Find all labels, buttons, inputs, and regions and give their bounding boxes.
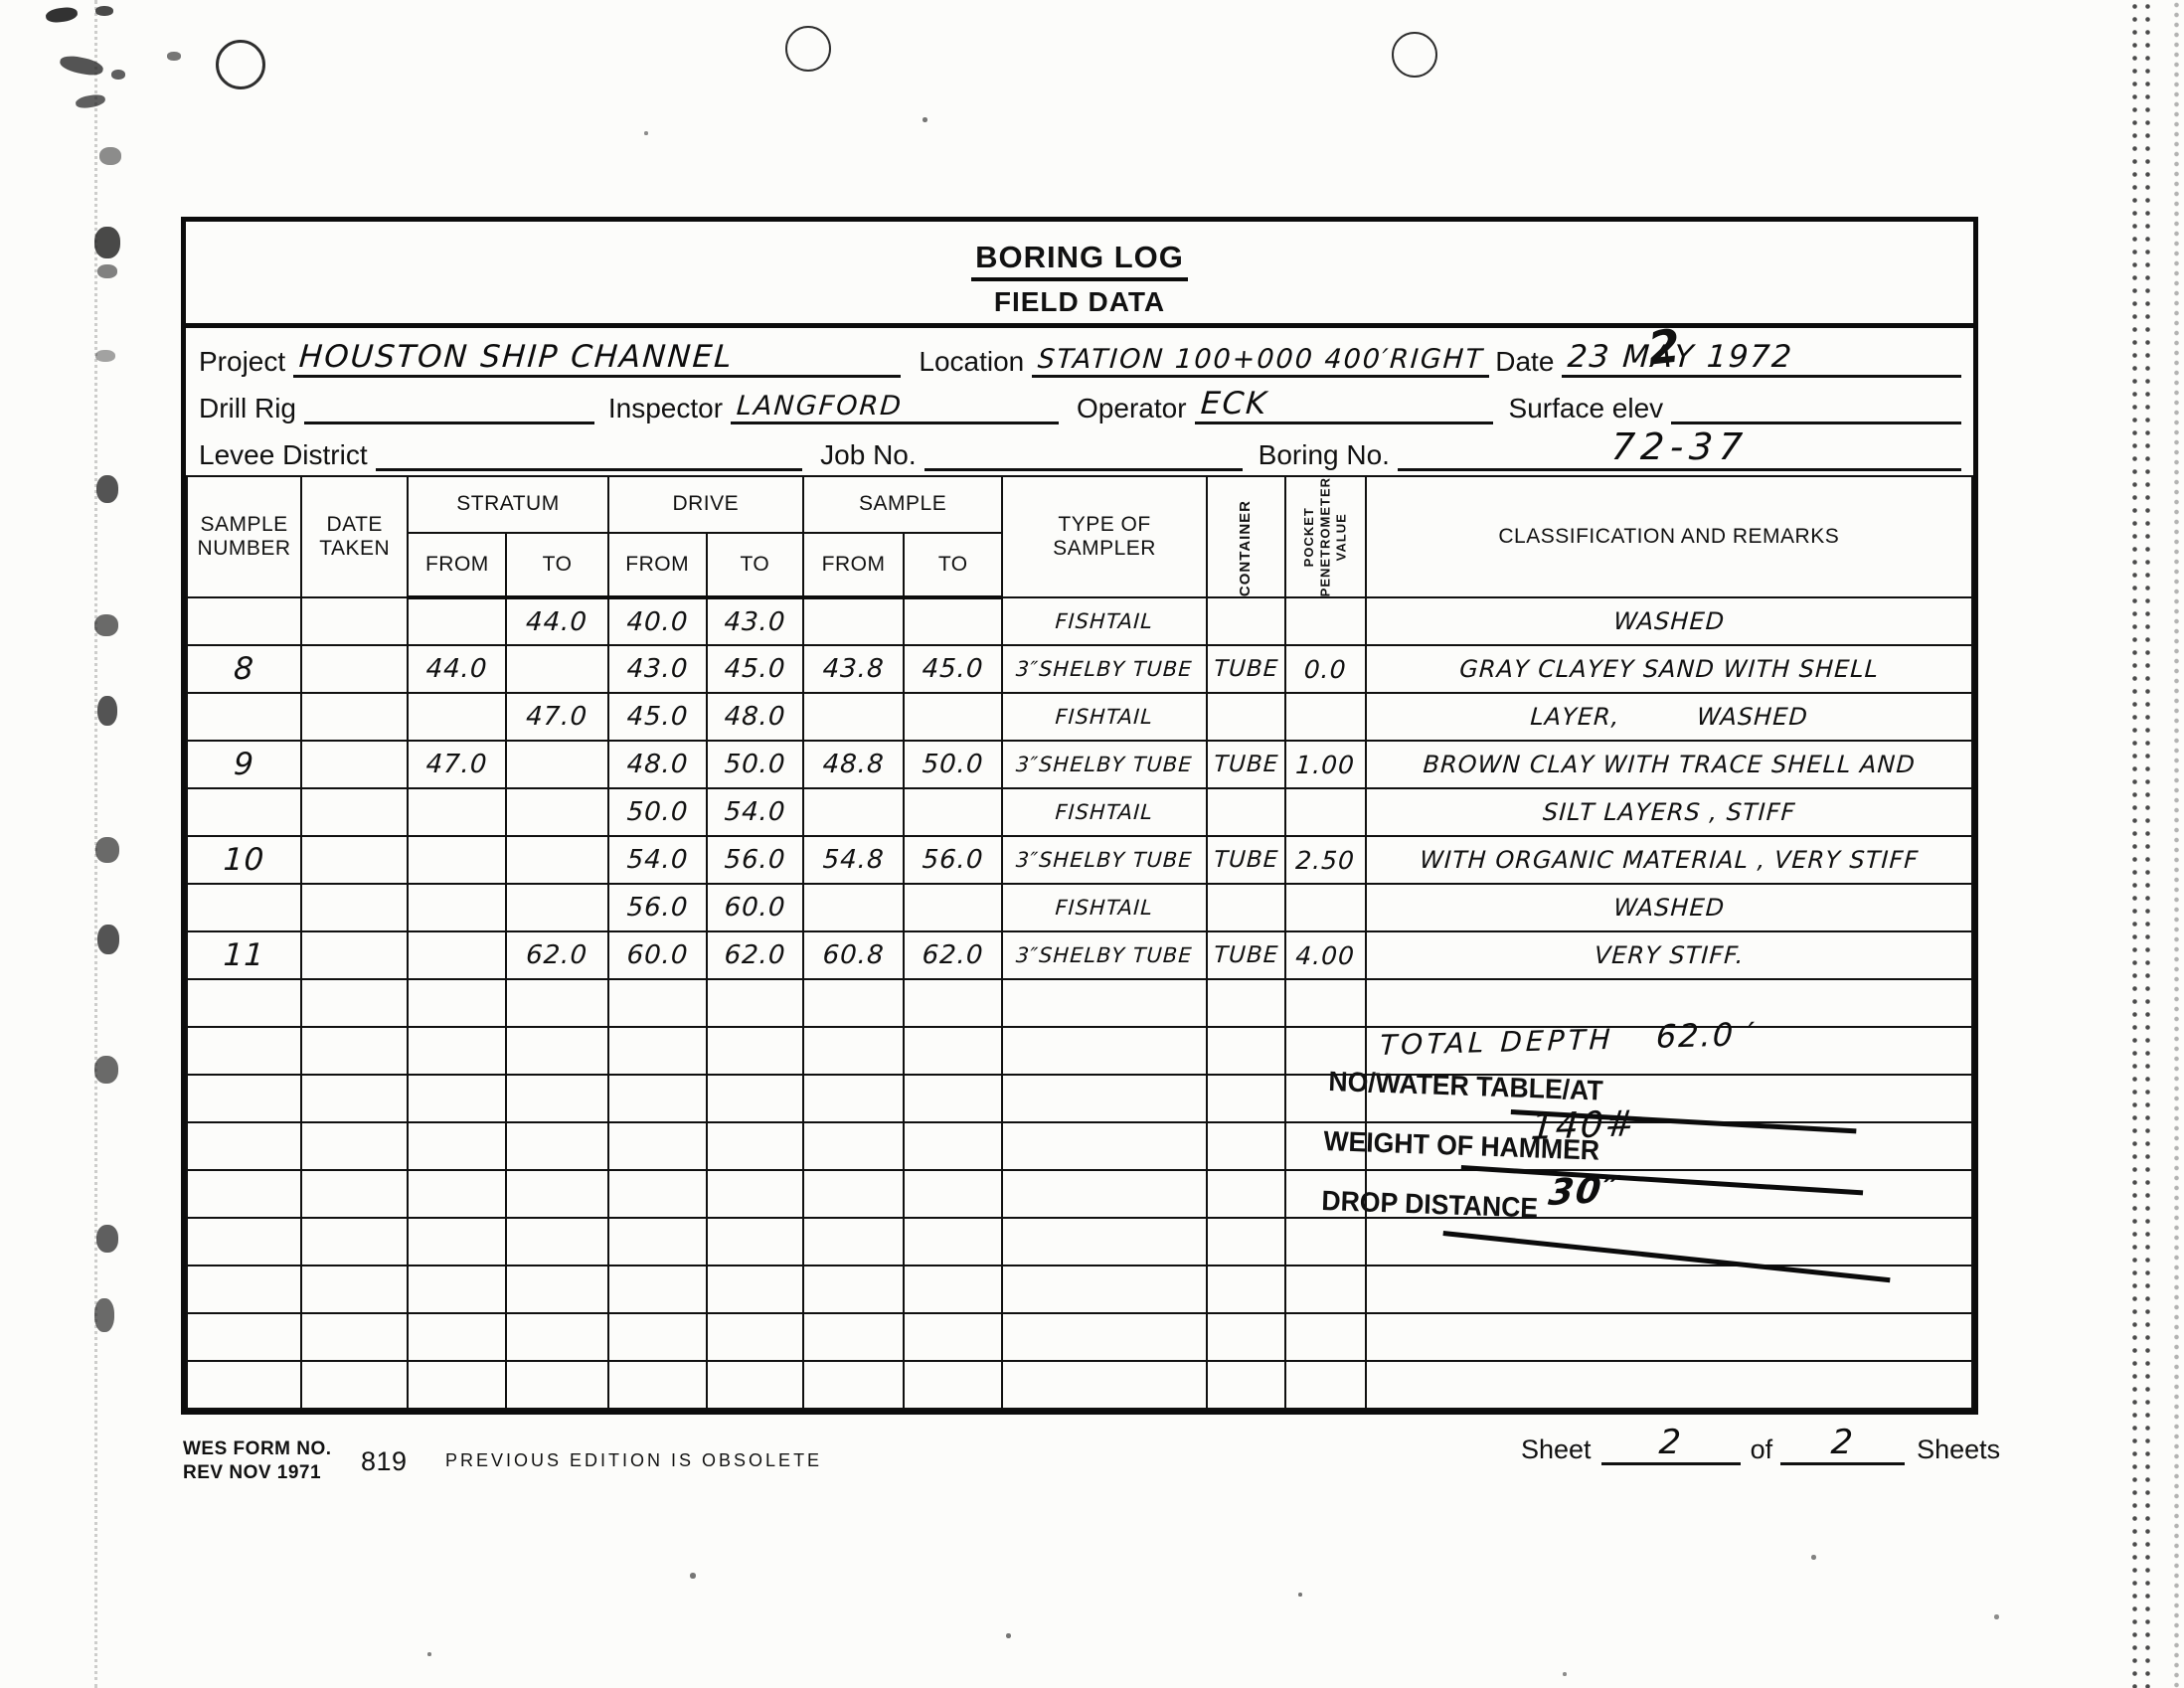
perforation-edge <box>2128 0 2156 1688</box>
location-field: STATION 100+000 400′RIGHT <box>1032 338 1489 378</box>
cell-drive-from <box>608 1075 707 1122</box>
header-type-of-sampler: TYPE OF SAMPLER <box>1002 476 1206 597</box>
cell-sample-from: 60.8 <box>802 931 906 979</box>
table-row: 844.043.045.043.845.03″SHELBY TUBETUBE0.… <box>187 645 1972 693</box>
cell-stratum-to <box>506 884 607 931</box>
boring-no-field: 72-37 <box>1398 431 1961 471</box>
cell-sample-no <box>187 1170 301 1218</box>
drop-distance-value: 30″ <box>1547 1169 1623 1214</box>
sheets-label: Sheets <box>1917 1435 2000 1465</box>
header-drive: DRIVE <box>608 476 803 533</box>
header-sample-from: FROM <box>803 533 904 598</box>
cell-container <box>1207 1027 1285 1075</box>
header-sample-number: SAMPLE NUMBER <box>187 476 301 597</box>
cell-date-taken <box>301 741 408 788</box>
cell-container: TUBE <box>1206 836 1287 884</box>
cell-drive-to <box>707 1170 803 1218</box>
operator-field: ECK <box>1195 385 1493 424</box>
cell-sample-no <box>187 884 301 931</box>
speck <box>427 1652 431 1656</box>
cell-pen-value <box>1285 1313 1365 1361</box>
total-depth-label: TOTAL DEPTH <box>1379 1023 1614 1062</box>
punch-hole <box>216 40 265 89</box>
cell-date-taken <box>301 788 408 836</box>
levee-district-field <box>376 431 803 471</box>
cell-drive-to <box>707 1361 803 1409</box>
cell-pen-value <box>1285 1218 1365 1266</box>
cell-date-taken <box>301 693 408 741</box>
cell-container: TUBE <box>1206 931 1287 979</box>
cell-stratum-from <box>408 979 506 1027</box>
form-title-block: BORING LOG FIELD DATA <box>186 222 1973 328</box>
cell-pen-value <box>1285 693 1365 741</box>
cell-drive-from <box>608 1170 707 1218</box>
cell-drive-from: 43.0 <box>606 645 708 693</box>
cell-sampler <box>1002 1075 1206 1122</box>
cell-drive-to: 60.0 <box>706 884 805 931</box>
cell-sample-to: 56.0 <box>903 836 1004 884</box>
cell-drive-from <box>608 1027 707 1075</box>
cell-container <box>1207 884 1285 931</box>
cell-sample-no <box>187 693 301 741</box>
cell-drive-from <box>608 1361 707 1409</box>
cell-pen-value <box>1285 1266 1365 1313</box>
cell-sampler: 3″SHELBY TUBE <box>1001 645 1208 693</box>
cell-sample-no <box>187 788 301 836</box>
cell-remarks: VERY STIFF. <box>1364 931 1973 979</box>
table-row: 1162.060.062.060.862.03″SHELBY TUBETUBE4… <box>187 931 1972 979</box>
table-row: 1054.056.054.856.03″SHELBY TUBETUBE2.50W… <box>187 836 1972 884</box>
cell-sample-to <box>904 979 1002 1027</box>
total-sheets-field: 2 <box>1780 1432 1905 1465</box>
cell-container <box>1207 1361 1285 1409</box>
cell-stratum-from <box>408 1313 506 1361</box>
form-number-line1: WES FORM NO. <box>183 1437 332 1461</box>
cell-stratum-from <box>408 1075 506 1122</box>
ink-smudge <box>96 475 118 503</box>
cell-pen-value: 0.0 <box>1284 645 1367 693</box>
header-stratum: STRATUM <box>408 476 607 533</box>
surface-elev-field <box>1671 385 1961 424</box>
cell-remarks <box>1366 1266 1972 1313</box>
cell-stratum-from <box>408 1170 506 1218</box>
punch-hole <box>1392 32 1437 78</box>
ink-smudge <box>167 52 181 61</box>
ink-smudge <box>97 925 119 954</box>
cell-sample-no <box>187 1361 301 1409</box>
cell-sample-from <box>803 1075 904 1122</box>
cell-date-taken <box>301 1361 408 1409</box>
date-label: Date <box>1489 346 1562 378</box>
ink-smudge <box>45 6 79 24</box>
cell-drive-to <box>707 1313 803 1361</box>
cell-sample-from <box>803 1170 904 1218</box>
cell-stratum-to <box>506 1122 607 1170</box>
header-sample: SAMPLE <box>803 476 1002 533</box>
ink-smudge <box>97 264 117 278</box>
cell-sample-to <box>904 1313 1002 1361</box>
cell-sampler: FISHTAIL <box>1001 884 1208 931</box>
cell-sampler <box>1002 1266 1206 1313</box>
cell-sample-no <box>187 1218 301 1266</box>
cell-pen-value <box>1285 979 1365 1027</box>
table-row: 44.040.043.0FISHTAILWASHED <box>187 597 1972 645</box>
cell-sample-no: 11 <box>186 931 303 979</box>
cell-sample-to <box>904 597 1002 645</box>
cell-pen-value <box>1285 788 1365 836</box>
perforation-edge <box>2172 0 2182 1688</box>
cell-sample-from <box>803 1122 904 1170</box>
cell-drive-to: 50.0 <box>706 741 805 788</box>
header-container: CONTAINER <box>1207 476 1285 597</box>
cell-sample-from <box>803 1361 904 1409</box>
cell-stratum-from <box>408 931 506 979</box>
cell-sampler <box>1002 1170 1206 1218</box>
project-label: Project <box>199 346 293 378</box>
ink-smudge <box>94 614 118 636</box>
cell-stratum-to <box>506 1170 607 1218</box>
cell-sample-to <box>904 1361 1002 1409</box>
cell-remarks: WASHED <box>1364 597 1973 645</box>
cell-sample-no <box>187 1027 301 1075</box>
sheet-number-value: 2 <box>1657 1423 1683 1462</box>
cell-stratum-from: 47.0 <box>407 741 508 788</box>
cell-drive-from: 56.0 <box>606 884 708 931</box>
boring-no-label: Boring No. <box>1243 439 1398 471</box>
cell-drive-to: 48.0 <box>706 693 805 741</box>
cell-date-taken <box>301 884 408 931</box>
sheet-number-field: 2 <box>1601 1432 1741 1465</box>
header-date-taken: DATE TAKEN <box>301 476 408 597</box>
form-number-819: 819 <box>361 1445 408 1479</box>
cell-container <box>1207 597 1285 645</box>
speck <box>1298 1593 1302 1597</box>
ink-smudge <box>95 350 115 362</box>
speck <box>690 1573 696 1579</box>
ink-smudge <box>99 147 121 165</box>
cell-sample-to <box>904 788 1002 836</box>
cell-drive-from: 50.0 <box>606 788 708 836</box>
cell-pen-value: 1.00 <box>1284 741 1367 788</box>
job-no-label: Job No. <box>802 439 924 471</box>
cell-date-taken <box>301 1266 408 1313</box>
inspector-value: LANGFORD <box>736 391 904 422</box>
cell-sampler <box>1002 979 1206 1027</box>
cell-stratum-from <box>408 1122 506 1170</box>
speck <box>1006 1633 1011 1638</box>
cell-container <box>1207 1122 1285 1170</box>
cell-drive-to <box>707 1122 803 1170</box>
cell-stratum-to <box>506 1218 607 1266</box>
table-row: 56.060.0FISHTAILWASHED <box>187 884 1972 931</box>
drill-rig-field <box>304 385 594 424</box>
speck <box>1994 1614 1999 1619</box>
ink-smudge <box>97 696 117 726</box>
cell-sample-no: 8 <box>186 645 303 693</box>
cell-container <box>1207 1218 1285 1266</box>
date-field: 23 MAY 1972 <box>1562 338 1961 378</box>
cell-stratum-from <box>408 693 506 741</box>
of-label: of <box>1751 1435 1773 1465</box>
cell-remarks: BROWN CLAY WITH TRACE SHELL AND <box>1364 741 1973 788</box>
cell-stratum-to <box>506 1266 607 1313</box>
cell-sample-to: 62.0 <box>903 931 1004 979</box>
cell-stratum-to <box>506 1075 607 1122</box>
speck <box>644 131 648 135</box>
cell-sample-no <box>187 597 301 645</box>
cell-sample-from <box>803 884 904 931</box>
cell-stratum-to <box>506 1361 607 1409</box>
inspector-field: LANGFORD <box>731 385 1059 424</box>
cell-drive-from: 54.0 <box>606 836 708 884</box>
ink-smudge <box>94 1056 118 1084</box>
cell-drive-to: 62.0 <box>706 931 805 979</box>
cell-sample-from: 54.8 <box>802 836 906 884</box>
cell-container <box>1207 1075 1285 1122</box>
cell-drive-from: 60.0 <box>606 931 708 979</box>
cell-pen-value: 2.50 <box>1284 836 1367 884</box>
header-pocket-penetrometer: POCKET PENETROMETER VALUE <box>1285 476 1365 597</box>
cell-pen-value <box>1285 884 1365 931</box>
container-vertical-label: CONTAINER <box>1237 500 1256 596</box>
cell-stratum-from <box>408 1027 506 1075</box>
ink-smudge <box>95 6 113 16</box>
cell-sample-from <box>803 788 904 836</box>
drill-rig-label: Drill Rig <box>199 393 304 424</box>
total-sheets-value: 2 <box>1829 1423 1855 1462</box>
cell-date-taken <box>301 1122 408 1170</box>
form-subtitle: FIELD DATA <box>186 286 1973 318</box>
cell-drive-to <box>707 1027 803 1075</box>
cell-stratum-to: 62.0 <box>505 931 609 979</box>
cell-date-taken <box>301 931 408 979</box>
header-drive-from: FROM <box>608 533 707 598</box>
cell-sampler: FISHTAIL <box>1001 597 1208 645</box>
cell-stratum-to: 47.0 <box>505 693 609 741</box>
cell-sample-to <box>904 1027 1002 1075</box>
cell-sample-to <box>904 1122 1002 1170</box>
cell-drive-from: 40.0 <box>606 597 708 645</box>
table-row <box>187 1361 1972 1409</box>
table-row: 47.045.048.0FISHTAILLAYER, WASHED <box>187 693 1972 741</box>
ink-smudge <box>75 92 106 109</box>
header-sample-to: TO <box>904 533 1002 598</box>
cell-stratum-to <box>506 836 607 884</box>
cell-remarks: LAYER, WASHED <box>1364 693 1973 741</box>
cell-date-taken <box>301 1170 408 1218</box>
cell-sample-no <box>187 1266 301 1313</box>
table-row <box>187 1313 1972 1361</box>
speck <box>1563 1672 1567 1676</box>
cell-container <box>1207 979 1285 1027</box>
header-stratum-to: TO <box>506 533 607 598</box>
cell-drive-to <box>707 1266 803 1313</box>
cell-drive-from <box>608 1218 707 1266</box>
total-depth-value: 62.0 ′ <box>1655 1015 1757 1056</box>
table-row <box>187 1170 1972 1218</box>
cell-sample-to: 45.0 <box>903 645 1004 693</box>
cell-stratum-from <box>408 836 506 884</box>
table-row: 947.048.050.048.850.03″SHELBY TUBETUBE1.… <box>187 741 1972 788</box>
cell-sample-to <box>904 1266 1002 1313</box>
ink-smudge <box>111 70 125 80</box>
cell-sample-from: 48.8 <box>802 741 906 788</box>
cell-drive-from: 48.0 <box>606 741 708 788</box>
cell-sample-from <box>803 979 904 1027</box>
cell-sample-to: 50.0 <box>903 741 1004 788</box>
cell-sampler: FISHTAIL <box>1001 788 1208 836</box>
cell-sampler <box>1002 1218 1206 1266</box>
page-number-scribble: 2 <box>1645 318 1682 375</box>
ink-smudge <box>96 1225 118 1253</box>
cell-stratum-from: 44.0 <box>407 645 508 693</box>
inspector-label: Inspector <box>594 393 731 424</box>
cell-stratum-from <box>408 1266 506 1313</box>
cell-sample-to <box>904 1075 1002 1122</box>
scanned-boring-log-page: BORING LOG FIELD DATA Project HOUSTON SH… <box>0 0 2184 1688</box>
cell-pen-value <box>1285 597 1365 645</box>
cell-sampler: FISHTAIL <box>1001 693 1208 741</box>
cell-date-taken <box>301 979 408 1027</box>
cell-sample-from: 43.8 <box>802 645 906 693</box>
cell-sampler <box>1002 1122 1206 1170</box>
project-field: HOUSTON SHIP CHANNEL <box>293 338 901 378</box>
pocket-penetrometer-vertical-label: POCKET PENETROMETER VALUE <box>1301 477 1350 596</box>
cell-sample-from <box>803 1027 904 1075</box>
cell-sample-to <box>904 1170 1002 1218</box>
cell-drive-from <box>608 1313 707 1361</box>
cell-drive-from <box>608 1122 707 1170</box>
cell-drive-from: 45.0 <box>606 693 708 741</box>
cell-stratum-from <box>408 597 506 645</box>
cell-sampler: 3″SHELBY TUBE <box>1001 836 1208 884</box>
cell-container <box>1207 788 1285 836</box>
ink-smudge <box>94 227 120 258</box>
cell-remarks: GRAY CLAYEY SAND WITH SHELL <box>1364 645 1973 693</box>
operator-value: ECK <box>1199 386 1268 422</box>
cell-sample-no: 9 <box>186 741 303 788</box>
cell-drive-from <box>608 979 707 1027</box>
boring-log-table: SAMPLE NUMBER DATE TAKEN STRATUM DRIVE S… <box>186 475 1973 1410</box>
cell-remarks: WITH ORGANIC MATERIAL , VERY STIFF <box>1364 836 1973 884</box>
cell-drive-to <box>707 1218 803 1266</box>
cell-sample-no <box>187 1313 301 1361</box>
cell-sample-from <box>803 597 904 645</box>
cell-drive-to: 45.0 <box>706 645 805 693</box>
cell-date-taken <box>301 645 408 693</box>
table-row <box>187 1266 1972 1313</box>
cell-sample-from <box>803 1218 904 1266</box>
operator-label: Operator <box>1059 393 1195 424</box>
header-drive-to: TO <box>707 533 803 598</box>
project-value: HOUSTON SHIP CHANNEL <box>298 339 735 375</box>
cell-remarks <box>1366 1313 1972 1361</box>
cell-sample-from <box>803 693 904 741</box>
location-value: STATION 100+000 400′RIGHT <box>1037 344 1485 375</box>
ink-smudge <box>94 1298 114 1332</box>
cell-drive-to: 43.0 <box>706 597 805 645</box>
cell-stratum-to <box>506 788 607 836</box>
form-title: BORING LOG <box>971 240 1188 281</box>
cell-remarks: WASHED <box>1364 884 1973 931</box>
cell-container <box>1207 693 1285 741</box>
table-row <box>187 1122 1972 1170</box>
cell-drive-to: 54.0 <box>706 788 805 836</box>
cell-container: TUBE <box>1206 645 1287 693</box>
cell-drive-from <box>608 1266 707 1313</box>
cell-stratum-to <box>506 741 607 788</box>
table-row <box>187 1075 1972 1122</box>
cell-stratum-to <box>506 1313 607 1361</box>
cell-remarks: SILT LAYERS , STIFF <box>1364 788 1973 836</box>
cell-sample-from <box>803 1313 904 1361</box>
header-stratum-from: FROM <box>408 533 506 598</box>
cell-sample-to <box>904 693 1002 741</box>
levee-district-label: Levee District <box>199 439 376 471</box>
form-number-block: WES FORM NO. REV NOV 1971 <box>183 1437 332 1485</box>
cell-container: TUBE <box>1206 741 1287 788</box>
location-label: Location <box>901 346 1032 378</box>
cell-container <box>1207 1266 1285 1313</box>
sheet-counter: Sheet 2 of 2 Sheets <box>1521 1432 2000 1465</box>
cell-date-taken <box>301 1075 408 1122</box>
cell-stratum-from <box>408 1361 506 1409</box>
cell-container <box>1207 1170 1285 1218</box>
header-classification: CLASSIFICATION AND REMARKS <box>1366 476 1972 597</box>
cell-sampler <box>1002 1027 1206 1075</box>
form-info-block: Project HOUSTON SHIP CHANNEL Location ST… <box>186 328 1973 475</box>
cell-stratum-to <box>506 645 607 693</box>
cell-sample-to <box>904 884 1002 931</box>
cell-sample-no <box>187 1075 301 1122</box>
surface-elev-label: Surface elev <box>1493 393 1672 424</box>
cell-sampler <box>1002 1313 1206 1361</box>
form-number-line2: REV NOV 1971 <box>183 1461 332 1485</box>
cell-sample-to <box>904 1218 1002 1266</box>
cell-date-taken <box>301 836 408 884</box>
table-row: 50.054.0FISHTAILSILT LAYERS , STIFF <box>187 788 1972 836</box>
ink-smudge <box>59 54 104 79</box>
cell-sample-from <box>803 1266 904 1313</box>
cell-sample-no <box>187 1122 301 1170</box>
cell-sample-no: 10 <box>186 836 303 884</box>
cell-container <box>1207 1313 1285 1361</box>
cell-pen-value: 4.00 <box>1284 931 1367 979</box>
cell-date-taken <box>301 1218 408 1266</box>
cell-stratum-to: 44.0 <box>505 597 609 645</box>
speck <box>923 117 927 122</box>
weight-of-hammer-value: 140# <box>1530 1103 1639 1148</box>
cell-date-taken <box>301 597 408 645</box>
sheet-label: Sheet <box>1521 1435 1592 1465</box>
cell-remarks <box>1366 1361 1972 1409</box>
cell-sampler: 3″SHELBY TUBE <box>1001 931 1208 979</box>
cell-stratum-from <box>408 1218 506 1266</box>
obsolete-note: PREVIOUS EDITION IS OBSOLETE <box>445 1449 822 1472</box>
log-table-body: 44.040.043.0FISHTAILWASHED844.043.045.04… <box>187 597 1972 1409</box>
cell-drive-to: 56.0 <box>706 836 805 884</box>
cell-sampler: 3″SHELBY TUBE <box>1001 741 1208 788</box>
boring-log-form: BORING LOG FIELD DATA Project HOUSTON SH… <box>181 217 1978 1415</box>
cell-stratum-from <box>408 788 506 836</box>
cell-date-taken <box>301 1313 408 1361</box>
cell-stratum-to <box>506 1027 607 1075</box>
punch-hole <box>785 26 831 72</box>
cell-drive-to <box>707 979 803 1027</box>
cell-drive-to <box>707 1075 803 1122</box>
speck <box>1811 1555 1816 1560</box>
cell-sampler <box>1002 1361 1206 1409</box>
